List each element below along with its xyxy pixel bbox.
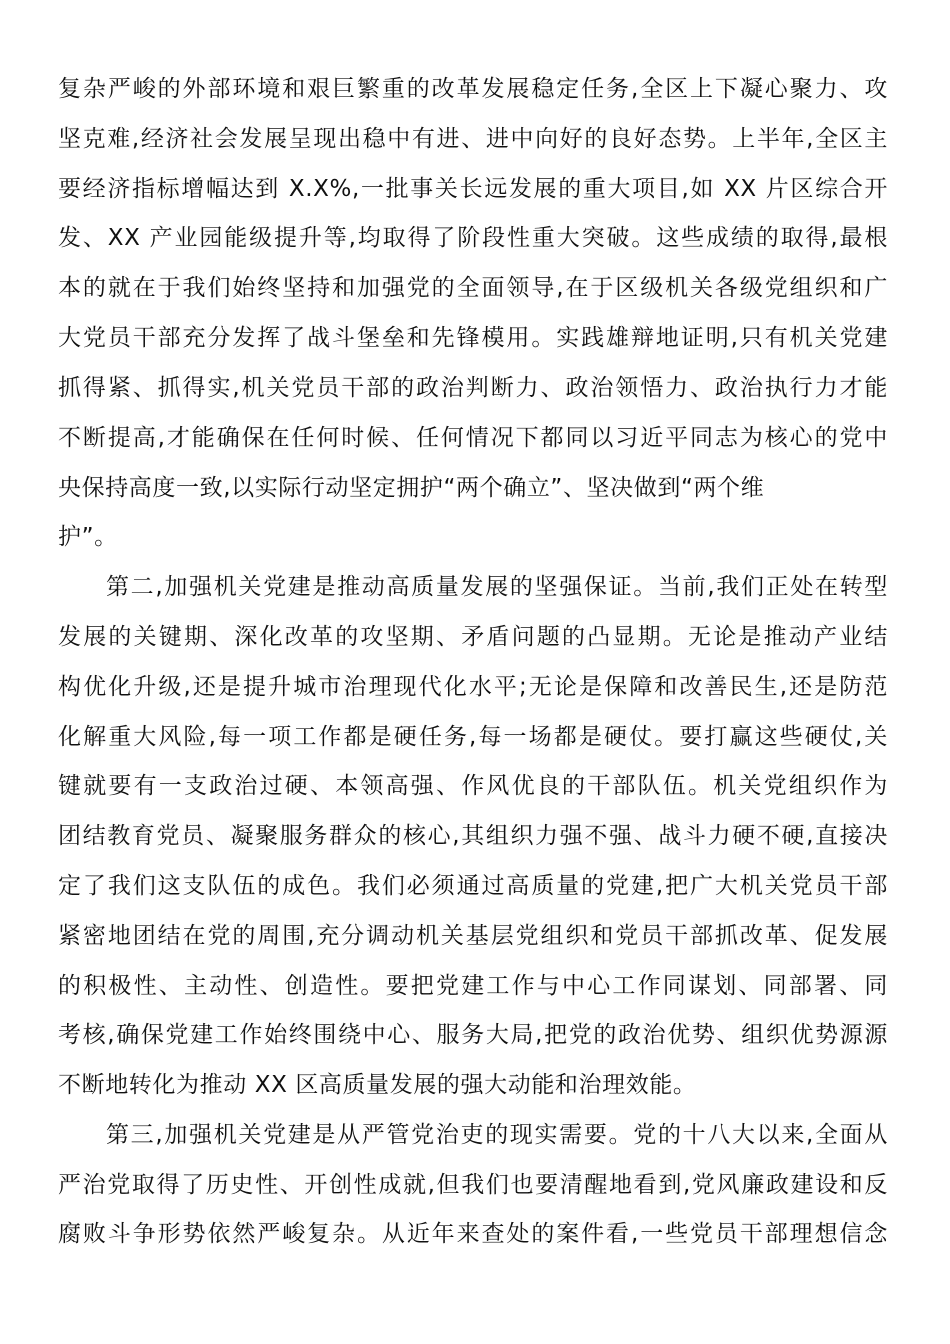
text-line: 考核,确保党建工作始终围绕中心、服务大局,把党的政治优势、组织优势源源 <box>58 1020 888 1050</box>
text-line: 央保持高度一致,以实际行动坚定拥护“两个确立”、坚决做到“两个维 <box>58 473 888 503</box>
text-line: 抓得紧、抓得实,机关党员干部的政治判断力、政治领悟力、政治执行力才能 <box>58 373 888 403</box>
text-line: 本的就在于我们始终坚持和加强党的全面领导,在于区级机关各级党组织和广 <box>58 273 888 303</box>
text-line: 腐败斗争形势依然严峻复杂。从近年来查处的案件看,一些党员干部理想信念 <box>58 1219 888 1249</box>
text-line: 定了我们这支队伍的成色。我们必须通过高质量的党建,把广大机关党员干部 <box>58 871 888 901</box>
text-line: 构优化升级,还是提升城市治理现代化水平;无论是保障和改善民生,还是防范 <box>58 672 888 702</box>
paragraph-start-line: 第三,加强机关党建是从严管党治吏的现实需要。党的十八大以来,全面从 <box>106 1120 888 1150</box>
text-line: 紧密地团结在党的周围,充分调动机关基层党组织和党员干部抓改革、促发展 <box>58 921 888 951</box>
text-line: 的积极性、主动性、创造性。要把党建工作与中心工作同谋划、同部署、同 <box>58 971 888 1001</box>
text-line: 护”。 <box>58 522 888 552</box>
text-line: 坚克难,经济社会发展呈现出稳中有进、进中向好的良好态势。上半年,全区主 <box>58 124 888 154</box>
text-line: 要经济指标增幅达到 X.X%,一批事关长远发展的重大项目,如 XX 片区综合开 <box>58 174 888 204</box>
text-line: 不断提高,才能确保在任何时候、任何情况下都同以习近平同志为核心的党中 <box>58 423 888 453</box>
text-line: 发展的关键期、深化改革的攻坚期、矛盾问题的凸显期。无论是推动产业结 <box>58 622 888 652</box>
text-line: 化解重大风险,每一项工作都是硬任务,每一场都是硬仗。要打赢这些硬仗,关 <box>58 722 888 752</box>
text-line: 发、XX 产业园能级提升等,均取得了阶段性重大突破。这些成绩的取得,最根 <box>58 223 888 253</box>
text-line: 大党员干部充分发挥了战斗堡垒和先锋模用。实践雄辩地证明,只有机关党建 <box>58 323 888 353</box>
text-line: 团结教育党员、凝聚服务群众的核心,其组织力强不强、战斗力硬不硬,直接决 <box>58 821 888 851</box>
text-line: 复杂严峻的外部环境和艰巨繁重的改革发展稳定任务,全区上下凝心聚力、攻 <box>58 74 888 104</box>
document-page: 复杂严峻的外部环境和艰巨繁重的改革发展稳定任务,全区上下凝心聚力、攻 坚克难,经… <box>0 0 950 1344</box>
text-line: 键就要有一支政治过硬、本领高强、作风优良的干部队伍。机关党组织作为 <box>58 771 888 801</box>
text-line: 严治党取得了历史性、开创性成就,但我们也要清醒地看到,党风廉政建设和反 <box>58 1170 888 1200</box>
text-line: 不断地转化为推动 XX 区高质量发展的强大动能和治理效能。 <box>58 1070 888 1100</box>
paragraph-start-line: 第二,加强机关党建是推动高质量发展的坚强保证。当前,我们正处在转型 <box>106 572 888 602</box>
